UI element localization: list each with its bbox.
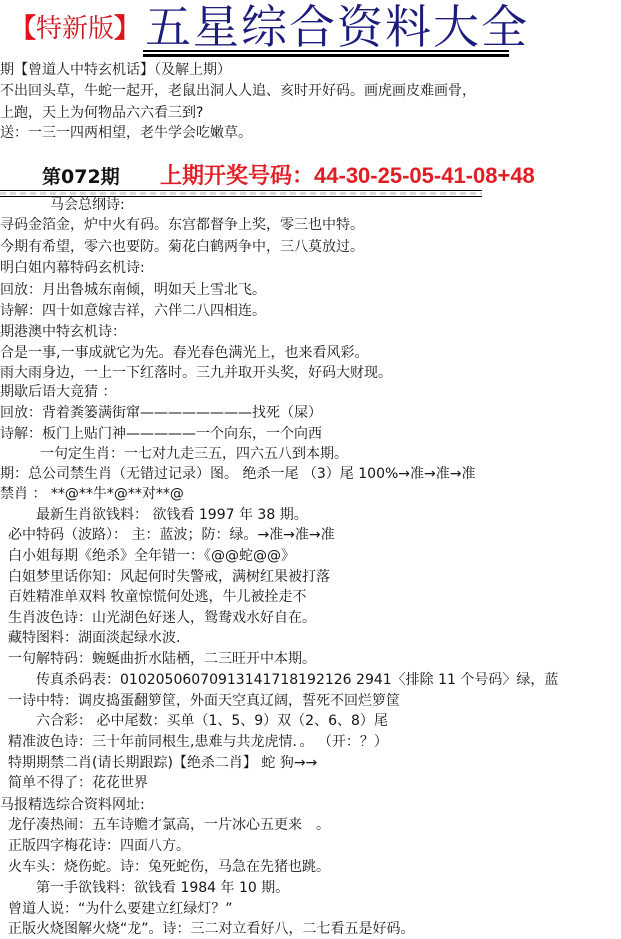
bracket-open: 【 [10, 14, 36, 44]
content-line: 期港澳中特玄机诗： [0, 323, 126, 341]
content-line: 雨大雨身边，一上一下红落时。三九并取开头奖，好码大财现。 [0, 364, 392, 382]
content-line: 白姐梦里话你知：风起何时失警戒，满树红果被打落 [8, 568, 330, 586]
content-line: 今期有希望，零六也要防。菊花白鹤两争中，三八莫放过。 [0, 238, 364, 256]
content-line: 回放：月出鲁城东南倾，明如天上雪北飞。 [0, 281, 266, 299]
intro-line: 期【曾道人中特玄机话】（及解上期） [0, 61, 231, 79]
content-line: 生肖波色诗：山光湖色好迷人，鸳鸯戏水好自在。 [8, 609, 316, 627]
page-title: 五星综合资料大全 [145, 2, 529, 52]
content-line: 精准波色诗：三十年前同根生,患难与共龙虎情．。 （开：？） [8, 733, 388, 751]
content-line: 曾道人说：“为什么要建立红绿灯？” [8, 900, 233, 918]
content-line: 正版火烧图解火烧“龙”。诗：三二对立看好八，二七看五是好码。 [8, 920, 415, 938]
last-draw-label: 上期开奖号码： [160, 163, 314, 188]
content-line: 诗解：板门上贴门神—————一个向东，一个向西 [0, 425, 322, 443]
content-line: 禁肖 ： **@**牛*@**对**@ [0, 485, 184, 503]
edition-label: 【特新版】 [10, 14, 140, 44]
content-line: 龙仔凑热闹：五车诗赡才氯高，一片冰心五更来 。 [8, 816, 330, 834]
intro-line: 不出回头草，牛蛇一起开，老鼠出洞人人追、亥时开好码。画虎画皮难画骨， [0, 82, 476, 100]
content-line: 马报精选综合资料网址: [0, 796, 145, 814]
content-line: 一诗中特：调皮捣蛋翻箩筐，外面天空真辽阔，誓死不回烂箩筐 [8, 692, 400, 710]
content-line: 寻码金箔金，炉中火有码。东宫都督争上奖，零三也中特。 [0, 216, 364, 234]
content-line: 一句定生肖：一七对九走三五，四六五八到本期。 [40, 445, 348, 463]
last-draw-numbers: 44-30-25-05-41-08+48 [314, 163, 535, 188]
content-line: 必中特码（波路）： 主：蓝波；防：绿。→准→准→准 [8, 526, 335, 544]
content-line: 诗解：四十如意嫁吉祥，六伴二八四相连。 [0, 302, 266, 320]
issue-row: 第072期 上期开奖号码：44-30-25-05-41-08+48 [0, 158, 621, 188]
content-line: 简单不得了：花花世界 [8, 774, 148, 792]
content-line: 藏特图料：湖面淡起绿水波. [8, 629, 180, 647]
content-line: 期歇后语大竞猜 ： [0, 383, 116, 401]
intro-line: 送：一三一四两相望，老牛学会吃嫩草。 [0, 124, 252, 142]
content-line: 第一手欲钱料：欲钱看 1984 年 10 期。 [36, 879, 289, 897]
edition-text: 特新版 [36, 14, 114, 44]
content-line: 传真杀码表：01020506070913141718192126 2941〈排除… [36, 671, 558, 689]
content-line: 最新生肖欲钱料： 欲钱看 1997 年 38 期。 [36, 506, 308, 524]
issue-number: 第072期 [42, 162, 120, 189]
last-draw-result: 上期开奖号码：44-30-25-05-41-08+48 [160, 159, 535, 190]
content-line: 正版四字梅花诗：四面八方。 [8, 837, 190, 855]
intro-line: 上跑，天上为何物品六六看三到? [0, 104, 203, 122]
content-line: 一句解特码：蜿蜒曲折水陆栖，二三旺开中本期。 [8, 650, 316, 668]
content-line: 合是一事,一事成就它为先。春光春色满光上，也来看风彩。 [0, 344, 368, 362]
content-line: 马会总纲诗: [50, 196, 125, 214]
title-underline [143, 50, 509, 52]
title-underline-thick [143, 54, 509, 57]
bracket-close: 】 [114, 14, 140, 44]
content-line: 特期期禁二肖(请长期跟踪)【绝杀二肖】 蛇 狗→→ [8, 754, 317, 772]
content-line: 期：总公司禁生肖（无错过记录）图。 绝杀一尾 （3）尾 100%→准→准→准 [0, 465, 475, 483]
content-line: 火车头：烧伤蛇。诗：兔死蛇伤，马急在先猪也跳。 [8, 858, 330, 876]
page-header: 【特新版】 五星综合资料大全 [0, 0, 621, 60]
content-line: 六合彩： 必中尾数：买单（1、5、9）双（2、6、8）尾 [36, 712, 388, 730]
content-line: 回放：背着粪篓满街窜————————找死（屎） [0, 404, 322, 422]
content-line: 百姓精准单双料 牧童惊慌何处逃，牛儿被拴走不 [8, 588, 306, 606]
content-line: 白小姐每期《绝杀》全年错一：《@@蛇@@》 [8, 547, 295, 565]
content-line: 明白姐内幕特码玄机诗: [0, 259, 145, 277]
